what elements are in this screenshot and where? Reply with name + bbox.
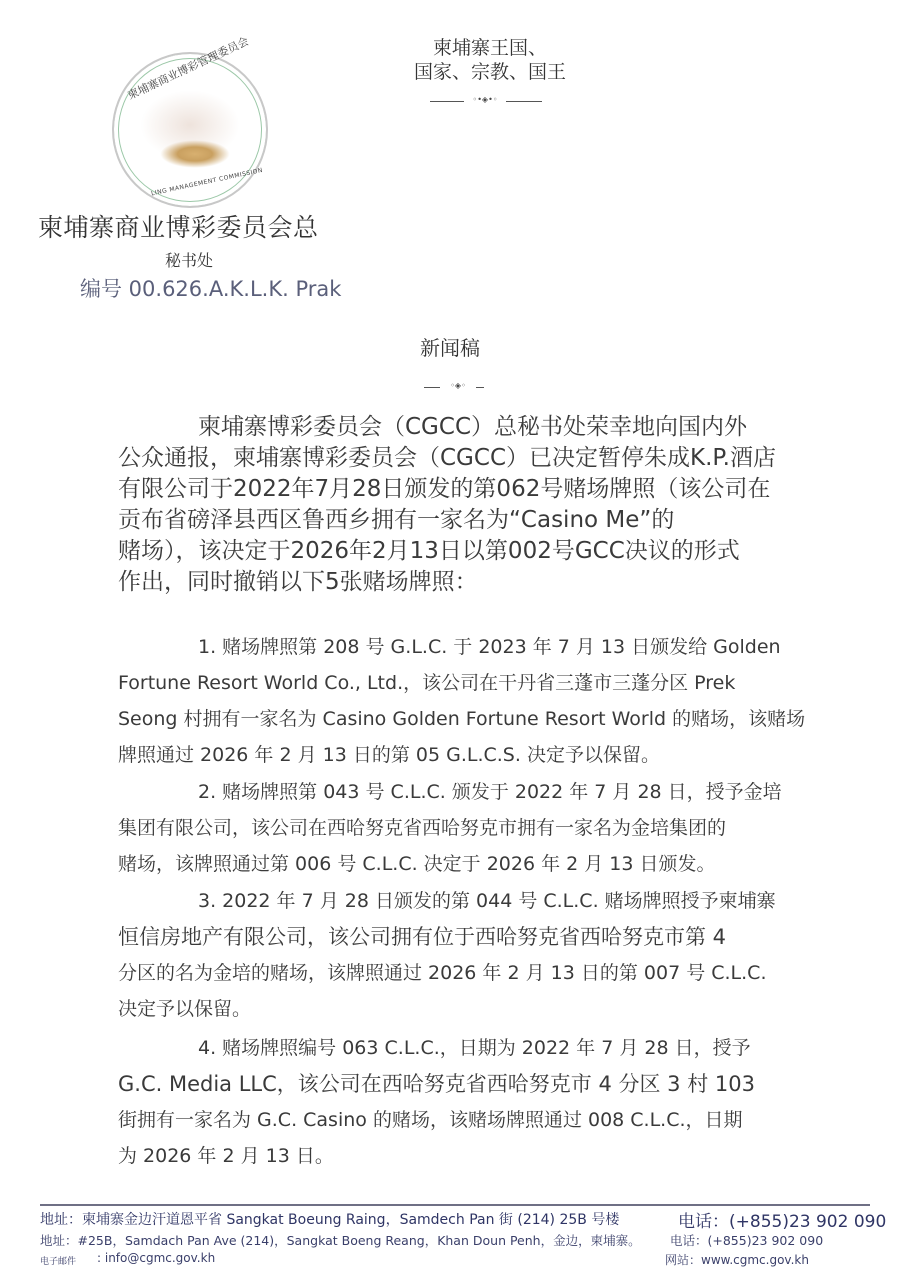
intro-line: 柬埔寨博彩委员会（CGCC）总秘书处荣幸地向国内外 [118,412,830,443]
item-line: 分区的名为金培的赌场，该牌照通过 2026 年 2 月 13 日的第 007 号… [118,955,830,991]
footer-phone-large: 电话：(+855)23 902 090 [678,1207,886,1232]
intro-line: 赌场），该决定于2026年2月13日以第002号GCC决议的形式 [118,536,830,567]
intro-line: 有限公司于2022年7月28日颁发的第062号赌场牌照（该公司在 [118,474,830,505]
item-line: 3. 2022 年 7 月 28 日颁发的第 044 号 C.L.C. 赌场牌照… [118,883,830,919]
item-line: 赌场，该牌照通过第 006 号 C.L.C. 决定于 2026 年 2 月 13… [118,846,830,882]
footer-divider [40,1204,870,1206]
intro-line: 贡布省磅泽县西区鲁西乡拥有一家名为“Casino Me”的 [118,505,830,536]
license-item-3: 3. 2022 年 7 月 28 日颁发的第 044 号 C.L.C. 赌场牌照… [118,883,830,1027]
license-item-2: 2. 赌场牌照第 043 号 C.L.C. 颁发于 2022 年 7 月 28 … [118,774,830,882]
title-ornament-divider: ◦◈◦ [424,383,484,391]
item-line: 4. 赌场牌照编号 063 C.L.C.，日期为 2022 年 7 月 28 日… [118,1030,830,1066]
intro-line: 公众通报，柬埔寨博彩委员会（CGCC）已决定暂停朱成K.P.酒店 [118,443,830,474]
organization-title: 柬埔寨商业博彩委员会总 [38,208,319,244]
item-line: 牌照通过 2026 年 2 月 13 日的第 05 G.L.C.S. 决定予以保… [118,737,830,773]
seal-emblem-icon [160,140,230,168]
footer-address-cn: 地址：柬埔寨金边汗道恩平省 Sangkat Boeung Raing，Samde… [40,1209,619,1229]
press-release-title: 新闻稿 [420,332,480,361]
footer-website-link[interactable]: 网站：www.cgmc.gov.kh [665,1251,809,1268]
item-line: 恒信房地产有限公司，该公司拥有位于西哈努克省西哈努克市第 4 [118,919,830,955]
footer-email-label: 电子邮件 [40,1254,76,1267]
item-line: 1. 赌场牌照第 208 号 G.L.C. 于 2023 年 7 月 13 日颁… [118,629,830,665]
footer-address-en: 地址：#25B，Samdach Pan Ave (214)，Sangkat Bo… [40,1231,641,1249]
kingdom-motto: 柬埔寨王国、 国家、宗教、国王 [380,36,600,84]
item-line: 2. 赌场牌照第 043 号 C.L.C. 颁发于 2022 年 7 月 28 … [118,774,830,810]
item-line: 为 2026 年 2 月 13 日。 [118,1138,830,1174]
license-item-1: 1. 赌场牌照第 208 号 G.L.C. 于 2023 年 7 月 13 日颁… [118,629,830,773]
header-ornament-divider: ◦•◈•◦ [430,97,542,105]
item-line: 决定予以保留。 [118,991,830,1027]
reference-number: 编号 00.626.A.K.L.K. Prak [80,273,341,303]
secretariat-label: 秘书处 [165,248,213,271]
intro-paragraph: 柬埔寨博彩委员会（CGCC）总秘书处荣幸地向国内外 公众通报，柬埔寨博彩委员会（… [118,412,830,598]
item-line: Fortune Resort World Co., Ltd.，该公司在干丹省三蓬… [118,665,830,701]
item-line: 街拥有一家名为 G.C. Casino 的赌场，该赌场牌照通过 008 C.L.… [118,1102,830,1138]
footer-phone-small: 电话：(+855)23 902 090 [670,1231,823,1249]
item-line: 集团有限公司，该公司在西哈努克省西哈努克市拥有一家名为金培集团的 [118,810,830,846]
footer-email-link[interactable]: : info@cgmc.gov.kh [97,1251,215,1265]
intro-line: 作出，同时撤销以下5张赌场牌照： [118,567,830,598]
item-line: Seong 村拥有一家名为 Casino Golden Fortune Reso… [118,701,830,737]
item-line: G.C. Media LLC，该公司在西哈努克省西哈努克市 4 分区 3 村 1… [118,1066,830,1102]
kingdom-line-2: 国家、宗教、国王 [380,60,600,84]
license-item-4: 4. 赌场牌照编号 063 C.L.C.，日期为 2022 年 7 月 28 日… [118,1030,830,1174]
kingdom-line-1: 柬埔寨王国、 [380,36,600,60]
